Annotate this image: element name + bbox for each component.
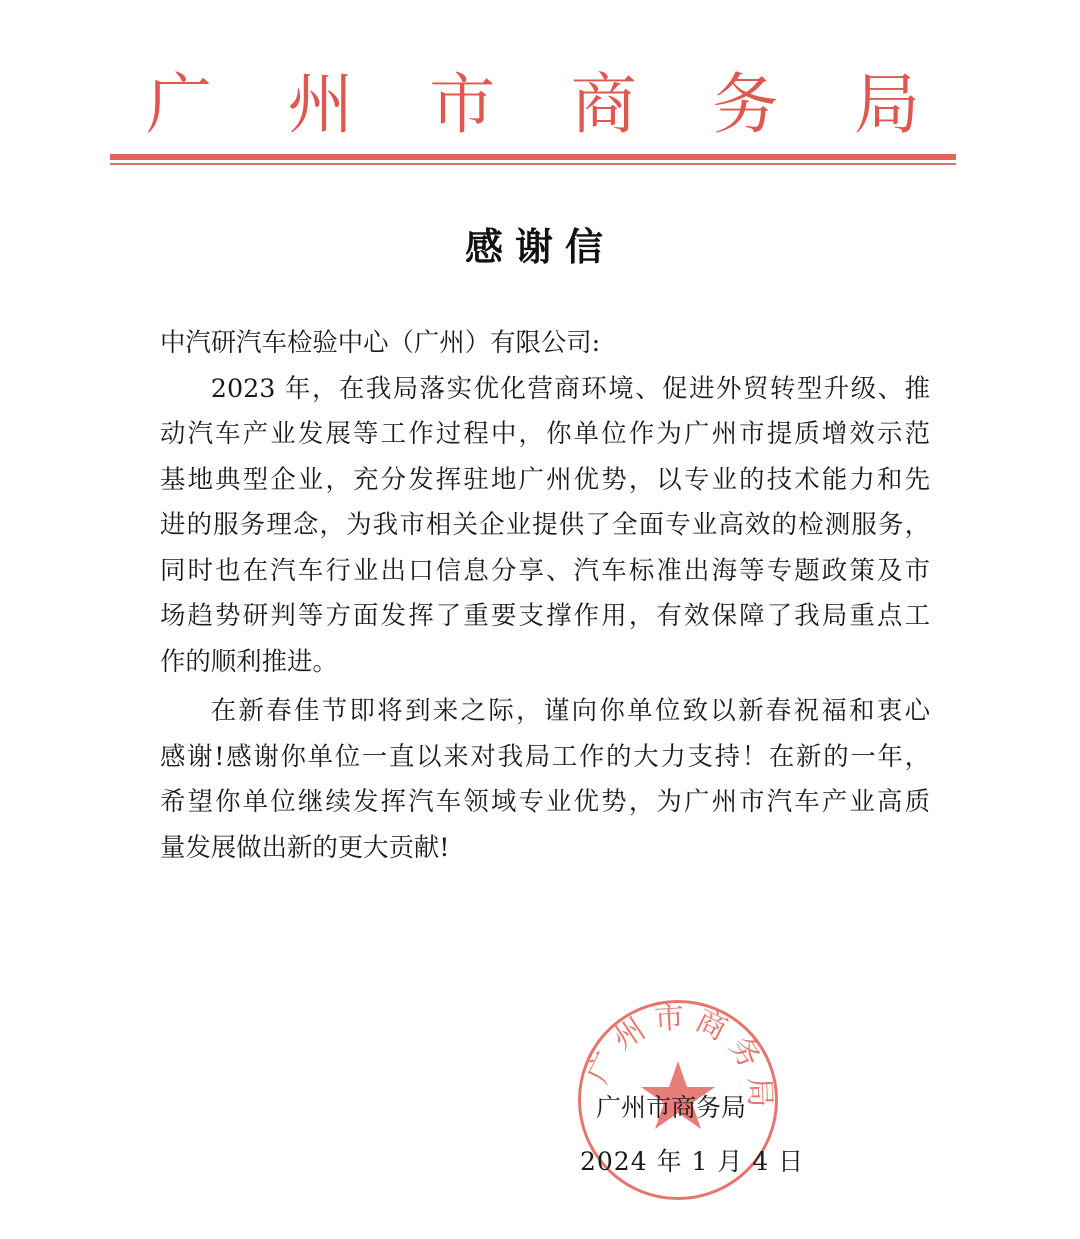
letterhead-char: 务: [712, 72, 778, 138]
paragraph-line: 进的服务理念，为我市相关企业提供了全面专业高效的检测服务，: [160, 502, 930, 548]
letterhead-divider-thick: [110, 154, 956, 160]
paragraph-line: 在新春佳节即将到来之际，谨向你单位致以新春祝福和衷心: [160, 688, 930, 734]
paragraph-line: 基地典型企业，充分发挥驻地广州优势，以专业的技术能力和先: [160, 457, 930, 503]
paragraph-line: 2023 年，在我局落实优化营商环境、促进外贸转型升级、推: [160, 366, 930, 412]
paragraph-1: 2023 年，在我局落实优化营商环境、促进外贸转型升级、推 动汽车产业发展等工作…: [160, 366, 930, 685]
paragraph-line: 希望你单位继续发挥汽车领域专业优势，为广州市汽车产业高质: [160, 779, 930, 825]
letterhead-divider-thin: [110, 163, 956, 165]
paragraph-line: 量发展做出新的更大贡献!: [160, 825, 930, 871]
paragraph-line: 同时也在汽车行业出口信息分享、汽车标准出海等专题政策及市: [160, 548, 930, 594]
paragraph-line: 作的顺利推进。: [160, 639, 930, 685]
signature-date: 2024 年 1 月 4 日: [580, 1142, 804, 1178]
paragraph-line: 感谢!感谢你单位一直以来对我局工作的大力支持！在新的一年，: [160, 734, 930, 780]
letterhead-char: 局: [854, 72, 920, 138]
document-title: 感谢信: [0, 216, 1080, 271]
paragraph-2: 在新春佳节即将到来之际，谨向你单位致以新春祝福和衷心 感谢!感谢你单位一直以来对…: [160, 688, 930, 870]
letterhead: 广 州 市 商 务 局: [110, 60, 956, 150]
salutation: 中汽研汽车检验中心（广州）有限公司:: [160, 320, 930, 366]
paragraph-line: 场趋势研判等方面发挥了重要支撑作用，有效保障了我局重点工: [160, 593, 930, 639]
paragraph-line: 动汽车产业发展等工作过程中，你单位作为广州市提质增效示范: [160, 411, 930, 457]
letterhead-char: 商: [571, 72, 637, 138]
letterhead-char: 州: [288, 72, 354, 138]
letterhead-char: 市: [429, 72, 495, 138]
letterhead-char: 广: [146, 72, 212, 138]
letter-body: 中汽研汽车检验中心（广州）有限公司: 2023 年，在我局落实优化营商环境、促进…: [160, 320, 930, 870]
signature-organization: 广州市商务局: [596, 1088, 746, 1124]
